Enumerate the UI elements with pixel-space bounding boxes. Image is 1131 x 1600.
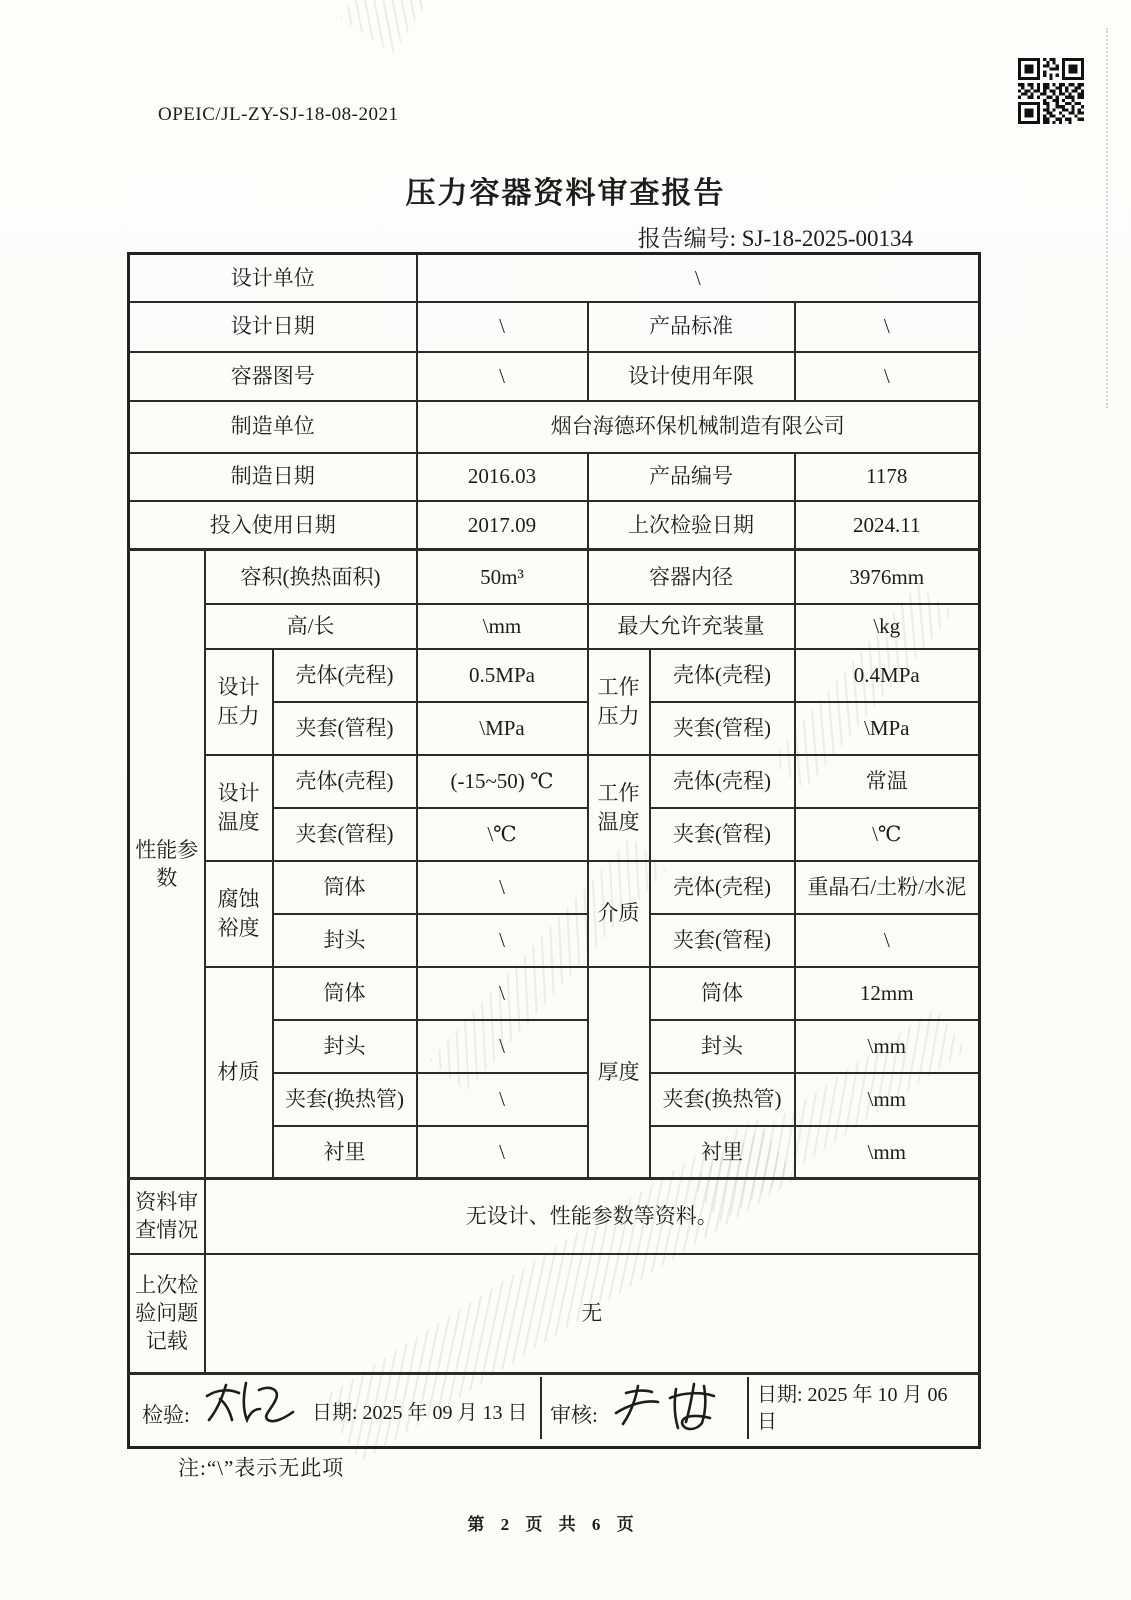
inspector-signature	[196, 1379, 300, 1427]
field-label: 容器图号	[129, 352, 417, 401]
field-value: 2017.09	[417, 501, 588, 550]
reviewer-label: 审核:	[550, 1401, 598, 1429]
field-label: 壳体(壳程)	[650, 861, 795, 914]
field-label: 夹套(换热管)	[650, 1073, 795, 1126]
field-label: 制造单位	[129, 401, 417, 453]
field-value: 2024.11	[795, 501, 980, 550]
field-label: 衬里	[273, 1126, 417, 1179]
field-value: 0.5MPa	[417, 649, 588, 702]
field-value: \MPa	[795, 702, 980, 755]
group-label: 介质	[588, 861, 650, 967]
previous-issues-content: 无	[205, 1254, 980, 1374]
field-value: \℃	[795, 808, 980, 861]
field-label: 容器内径	[588, 550, 795, 604]
field-value: \mm	[795, 1073, 980, 1126]
field-label: 投入使用日期	[129, 501, 417, 550]
field-label: 夹套(管程)	[273, 808, 417, 861]
field-value: \	[795, 352, 980, 401]
field-label: 壳体(壳程)	[273, 755, 417, 808]
reviewer-cell: 审核:	[542, 1377, 749, 1439]
field-label: 产品编号	[588, 453, 795, 501]
form-code: OPEIC/JL-ZY-SJ-18-08-2021	[158, 104, 399, 126]
reviewer-signature	[604, 1377, 736, 1435]
field-value: \	[417, 861, 588, 914]
field-value: \℃	[417, 808, 588, 861]
field-label: 筒体	[273, 861, 417, 914]
field-label: 夹套(换热管)	[273, 1073, 417, 1126]
field-value: (-15~50) ℃	[417, 755, 588, 808]
report-number: 报告编号: SJ-18-2025-00134	[638, 220, 913, 253]
field-value: \	[417, 1073, 588, 1126]
field-value: \	[417, 254, 980, 302]
field-value: 0.4MPa	[795, 649, 980, 702]
signoff-row: 检验: 日期: 2025 年 09 月 13 日 审核:	[129, 1374, 980, 1448]
field-value: \	[417, 1020, 588, 1073]
field-label: 设计使用年限	[588, 352, 795, 401]
field-label: 封头	[273, 914, 417, 967]
field-label: 壳体(壳程)	[650, 649, 795, 702]
field-label: 设计单位	[129, 254, 417, 302]
group-label: 设计温度	[205, 755, 273, 861]
footnote: 注:“\”表示无此项	[178, 1452, 344, 1482]
scanned-report-page: OPEIC/JL-ZY-SJ-18-08-2021	[0, 0, 1131, 1600]
page-number: 第 2 页 共 6 页	[0, 1510, 1107, 1535]
field-value: 50m³	[417, 550, 588, 604]
watermark-hatch	[340, 0, 634, 54]
report-number-label: 报告编号:	[638, 226, 736, 251]
field-value: \	[417, 302, 588, 352]
review-date: 日期: 2025 年 10 月 06 日	[749, 1377, 974, 1444]
field-value: \MPa	[417, 702, 588, 755]
field-label: 容积(换热面积)	[205, 550, 417, 604]
field-value: 2016.03	[417, 453, 588, 501]
field-value: \kg	[795, 604, 980, 649]
review-content: 无设计、性能参数等资料。	[205, 1179, 980, 1254]
field-value: 12mm	[795, 967, 980, 1020]
field-label: 最大允许充装量	[588, 604, 795, 649]
qr-code-icon	[1018, 58, 1084, 124]
field-value: 常温	[795, 755, 980, 808]
page-title: 压力容器资料审查报告	[0, 168, 1131, 212]
group-label: 工作压力	[588, 649, 650, 755]
field-value: \mm	[795, 1126, 980, 1179]
field-label: 壳体(壳程)	[650, 755, 795, 808]
inspector-label: 检验:	[142, 1401, 190, 1429]
field-label: 设计日期	[129, 302, 417, 352]
field-value: \	[795, 914, 980, 967]
field-value: 3976mm	[795, 550, 980, 604]
field-label: 筒体	[650, 967, 795, 1020]
report-number-value: SJ-18-2025-00134	[742, 226, 913, 251]
field-label: 夹套(管程)	[650, 914, 795, 967]
field-label: 衬里	[650, 1126, 795, 1179]
group-label: 腐蚀裕度	[205, 861, 273, 967]
field-value: \	[417, 352, 588, 401]
field-value: \mm	[795, 1020, 980, 1073]
field-value: 重晶石/土粉/水泥	[795, 861, 980, 914]
group-label: 材质	[205, 967, 273, 1179]
inspector-cell: 检验: 日期: 2025 年 09 月 13 日	[134, 1377, 542, 1439]
field-label: 制造日期	[129, 453, 417, 501]
field-value: \	[795, 302, 980, 352]
field-label: 壳体(壳程)	[273, 649, 417, 702]
field-value: \	[417, 914, 588, 967]
field-label: 上次检验日期	[588, 501, 795, 550]
field-label: 产品标准	[588, 302, 795, 352]
scan-edge-artifact	[1106, 28, 1108, 408]
field-label: 夹套(管程)	[650, 702, 795, 755]
group-label: 设计压力	[205, 649, 273, 755]
field-label: 夹套(管程)	[650, 808, 795, 861]
field-value: 1178	[795, 453, 980, 501]
field-label: 封头	[273, 1020, 417, 1073]
group-label: 工作温度	[588, 755, 650, 861]
field-value: \	[417, 967, 588, 1020]
field-label: 夹套(管程)	[273, 702, 417, 755]
field-value: \mm	[417, 604, 588, 649]
field-value: \	[417, 1126, 588, 1179]
section-label-performance: 性能参数	[129, 550, 205, 1179]
field-label: 筒体	[273, 967, 417, 1020]
group-label: 厚度	[588, 967, 650, 1179]
inspector-date: 日期: 2025 年 09 月 13 日	[312, 1400, 528, 1427]
report-table: 设计单位 \ 设计日期 \ 产品标准 \ 容器图号 \ 设计使用年限 \ 制造单…	[127, 252, 981, 1449]
field-label: 封头	[650, 1020, 795, 1073]
field-value: 烟台海德环保机械制造有限公司	[417, 401, 980, 453]
field-label: 高/长	[205, 604, 417, 649]
section-label-review: 资料审查情况	[129, 1179, 205, 1254]
section-label-previous-issues: 上次检验问题记载	[129, 1254, 205, 1374]
